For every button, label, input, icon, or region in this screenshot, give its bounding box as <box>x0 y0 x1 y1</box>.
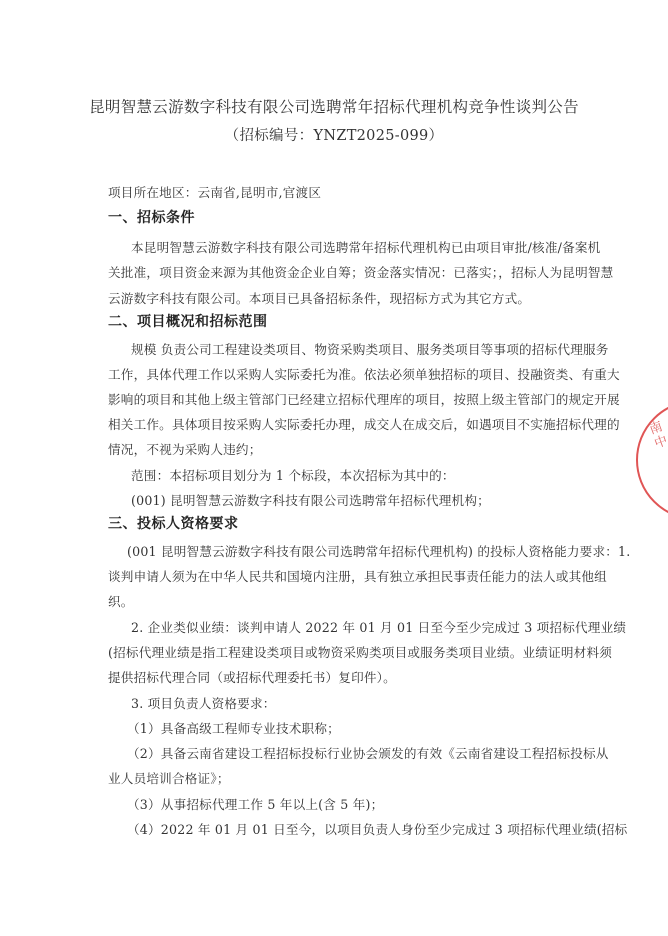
tender-number: （招标编号：YNZT2025-099） <box>0 124 668 145</box>
paragraph-line: 情况，不视为采购人违约； <box>108 439 262 458</box>
section-heading-1: 一、招标条件 <box>108 207 195 227</box>
paragraph-line: （3）从事招标代理工作 5 年以上(含 5 年)； <box>127 794 383 813</box>
paragraph-line: 提供招标代理合同（或招标代理委托书）复印件）。 <box>108 667 396 686</box>
paragraph-line: (招标代理业绩是指工程建设类项目或物资采购类项目或服务类项目业绩。业绩证明材料须 <box>108 642 612 661</box>
paragraph-line: 关批准，项目资金来源为其他资金企业自筹；资金落实情况：已落实；，招标人为昆明智慧 <box>108 262 613 281</box>
seal-text: 南中 <box>647 418 668 452</box>
paragraph-line: 工作，具体代理工作以采购人实际委托为准。依法必须单独招标的项目、投融资类、有重大 <box>108 364 620 383</box>
document-title: 昆明智慧云游数字科技有限公司选聘常年招标代理机构竞争性谈判公告 <box>0 95 668 117</box>
paragraph-line: 规模 负责公司工程建设类项目、物资采购类项目、服务类项目等事项的招标代理服务 <box>131 339 609 358</box>
paragraph-line: (001 昆明智慧云游数字科技有限公司选聘常年招标代理机构) 的投标人资格能力要… <box>127 541 630 560</box>
paragraph-line: 本昆明智慧云游数字科技有限公司选聘常年招标代理机构已由项目审批/核准/备案机 <box>131 237 600 256</box>
paragraph-line: 云游数字科技有限公司。本项目已具备招标条件，现招标方式为其它方式。 <box>108 288 530 307</box>
paragraph-line: 2. 企业类似业绩：谈判申请人 2022 年 01 月 01 日至今至少完成过 … <box>131 617 626 636</box>
official-seal: 南中 <box>636 400 668 520</box>
paragraph-line: 织。 <box>108 591 134 610</box>
paragraph-line: (001) 昆明智慧云游数字科技有限公司选聘常年招标代理机构； <box>131 490 490 509</box>
paragraph-line: 3. 项目负责人资格要求： <box>131 693 276 712</box>
paragraph-line: 业人员培训合格证》； <box>108 768 230 787</box>
paragraph-line: 范围：本招标项目划分为 1 个标段，本次招标为其中的： <box>131 465 455 484</box>
section-heading-3: 三、投标人资格要求 <box>108 513 239 533</box>
paragraph-line: 相关工作。具体项目按采购人实际委托办理，成交人在成交后，如遇项目不实施招标代理的 <box>108 414 620 433</box>
project-location: 项目所在地区：云南省,昆明市,官渡区 <box>108 182 321 201</box>
paragraph-line: （4）2022 年 01 月 01 日至今，以项目负责人身份至少完成过 3 项招… <box>127 819 627 838</box>
paragraph-line: （1）具备高级工程师专业技术职称； <box>127 718 340 737</box>
paragraph-line: 谈判申请人须为在中华人民共和国境内注册，具有独立承担民事责任能力的法人或其他组 <box>108 566 607 585</box>
paragraph-line: （2）具备云南省建设工程招标投标行业协会颁发的有效《云南省建设工程招标投标从 <box>127 743 609 762</box>
paragraph-line: 影响的项目和其他上级主管部门已经建立招标代理库的项目，按照上级主管部门的规定开展 <box>108 389 620 408</box>
document-page: 昆明智慧云游数字科技有限公司选聘常年招标代理机构竞争性谈判公告 （招标编号：YN… <box>0 0 668 936</box>
section-heading-2: 二、项目概况和招标范围 <box>108 311 268 331</box>
